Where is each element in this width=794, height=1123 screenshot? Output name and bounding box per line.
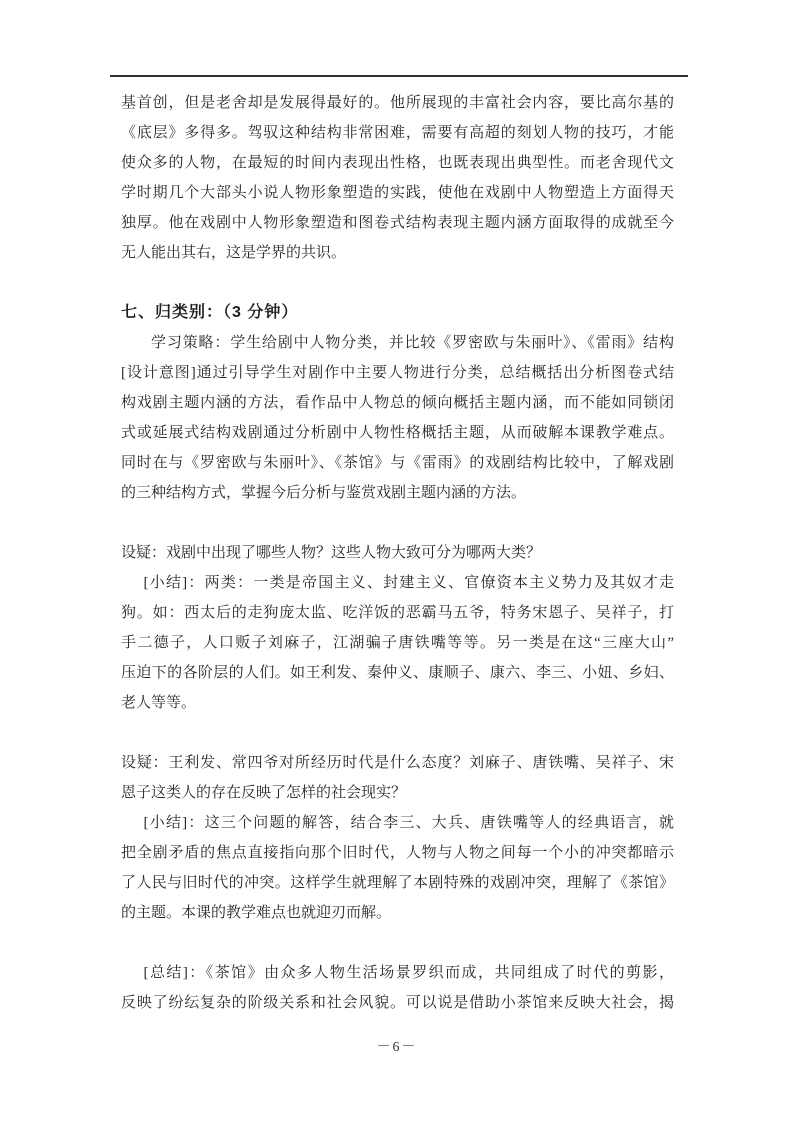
blank-line (121, 268, 674, 298)
text-line: 独厚。他在戏剧中人物形象塑造和图卷式结构表现主题内涵方面取得的成就至今 (121, 208, 674, 238)
paragraph: 基首创，但是老舍却是发展得最好的。他所展现的丰富社会内容，要比高尔基的《底层》多… (121, 88, 674, 268)
document-page: 基首创，但是老舍却是发展得最好的。他所展现的丰富社会内容，要比高尔基的《底层》多… (0, 0, 794, 1123)
text-line: 狗。如：西太后的走狗庞太监、吃洋饭的恶霸马五爷，特务宋恩子、吴祥子，打 (121, 598, 674, 628)
blank-line (121, 928, 674, 958)
section-heading: 七、归类别：（3 分钟） (121, 298, 674, 328)
blank-line (121, 718, 674, 748)
text-line: 的三种结构方式，掌握今后分析与鉴赏戏剧主题内涵的方法。 (121, 478, 674, 508)
text-line: [设计意图]通过引导学生对剧作中主要人物进行分类，总结概括出分析图卷式结 (121, 358, 674, 388)
text-line: 学时期几个大部头小说人物形象塑造的实践，使他在戏剧中人物塑造上方面得天 (121, 178, 674, 208)
text-line: [总结]：《茶馆》由众多人物生活场景罗织而成，共同组成了时代的剪影， (121, 958, 674, 988)
text-line: 基首创，但是老舍却是发展得最好的。他所展现的丰富社会内容，要比高尔基的 (121, 88, 674, 118)
text-line: 了人民与旧时代的冲突。这样学生就理解了本剧特殊的戏剧冲突，理解了《茶馆》 (121, 868, 674, 898)
text-line: 《底层》多得多。驾驭这种结构非常困难，需要有高超的刻划人物的技巧，才能 (121, 118, 674, 148)
text-line: 设疑：王利发、常四爷对所经历时代是什么态度？刘麻子、唐铁嘴、吴祥子、宋 (121, 748, 674, 778)
text-line: [小结]：这三个问题的解答，结合李三、大兵、唐铁嘴等人的经典语言，就 (121, 808, 674, 838)
text-line: 式或延展式结构戏剧通过分析剧中人物性格概括主题，从而破解本课教学难点。 (121, 418, 674, 448)
text-line: 设疑：戏剧中出现了哪些人物？这些人物大致可分为哪两大类？ (121, 538, 674, 568)
text-line: 学习策略：学生给剧中人物分类，并比较《罗密欧与朱丽叶》、《雷雨》结构 (121, 328, 674, 358)
text-line: [小结]：两类：一类是帝国主义、封建主义、官僚资本主义势力及其奴才走 (121, 568, 674, 598)
text-line: 把全剧矛盾的焦点直接指向那个旧时代，人物与人物之间每一个小的冲突都暗示 (121, 838, 674, 868)
text-line: 压迫下的各阶层的人们。如王利发、秦仲义、康顺子、康六、李三、小妞、乡妇、 (121, 658, 674, 688)
paragraph: 设疑：王利发、常四爷对所经历时代是什么态度？刘麻子、唐铁嘴、吴祥子、宋恩子这类人… (121, 748, 674, 928)
text-line: 同时在与《罗密欧与朱丽叶》、《茶馆》与《雷雨》的戏剧结构比较中，了解戏剧 (121, 448, 674, 478)
text-line: 无人能出其右，这是学界的共识。 (121, 238, 674, 268)
paragraph: 学习策略：学生给剧中人物分类，并比较《罗密欧与朱丽叶》、《雷雨》结构[设计意图]… (121, 328, 674, 508)
header-rule (110, 75, 688, 77)
text-line: 构戏剧主题内涵的方法，看作品中人物总的倾向概括主题内涵，而不能如同锁闭 (121, 388, 674, 418)
text-line: 恩子这类人的存在反映了怎样的社会现实？ (121, 778, 674, 808)
text-line: 反映了纷纭复杂的阶级关系和社会风貌。可以说是借助小茶馆来反映大社会，揭 (121, 988, 674, 1018)
paragraph: 设疑：戏剧中出现了哪些人物？这些人物大致可分为哪两大类？[小结]：两类：一类是帝… (121, 538, 674, 718)
text-line: 手二德子，人口贩子刘麻子，江湖骗子唐铁嘴等等。另一类是在这“三座大山” (121, 628, 674, 658)
paragraph: [总结]：《茶馆》由众多人物生活场景罗织而成，共同组成了时代的剪影，反映了纷纭复… (121, 958, 674, 1018)
text-line: 使众多的人物，在最短的时间内表现出性格，也既表现出典型性。而老舍现代文 (121, 148, 674, 178)
document-body: 基首创，但是老舍却是发展得最好的。他所展现的丰富社会内容，要比高尔基的《底层》多… (121, 88, 674, 1018)
text-line: 老人等等。 (121, 688, 674, 718)
blank-line (121, 508, 674, 538)
page-number: －6－ (0, 1036, 794, 1056)
text-line: 的主题。本课的教学难点也就迎刃而解。 (121, 898, 674, 928)
